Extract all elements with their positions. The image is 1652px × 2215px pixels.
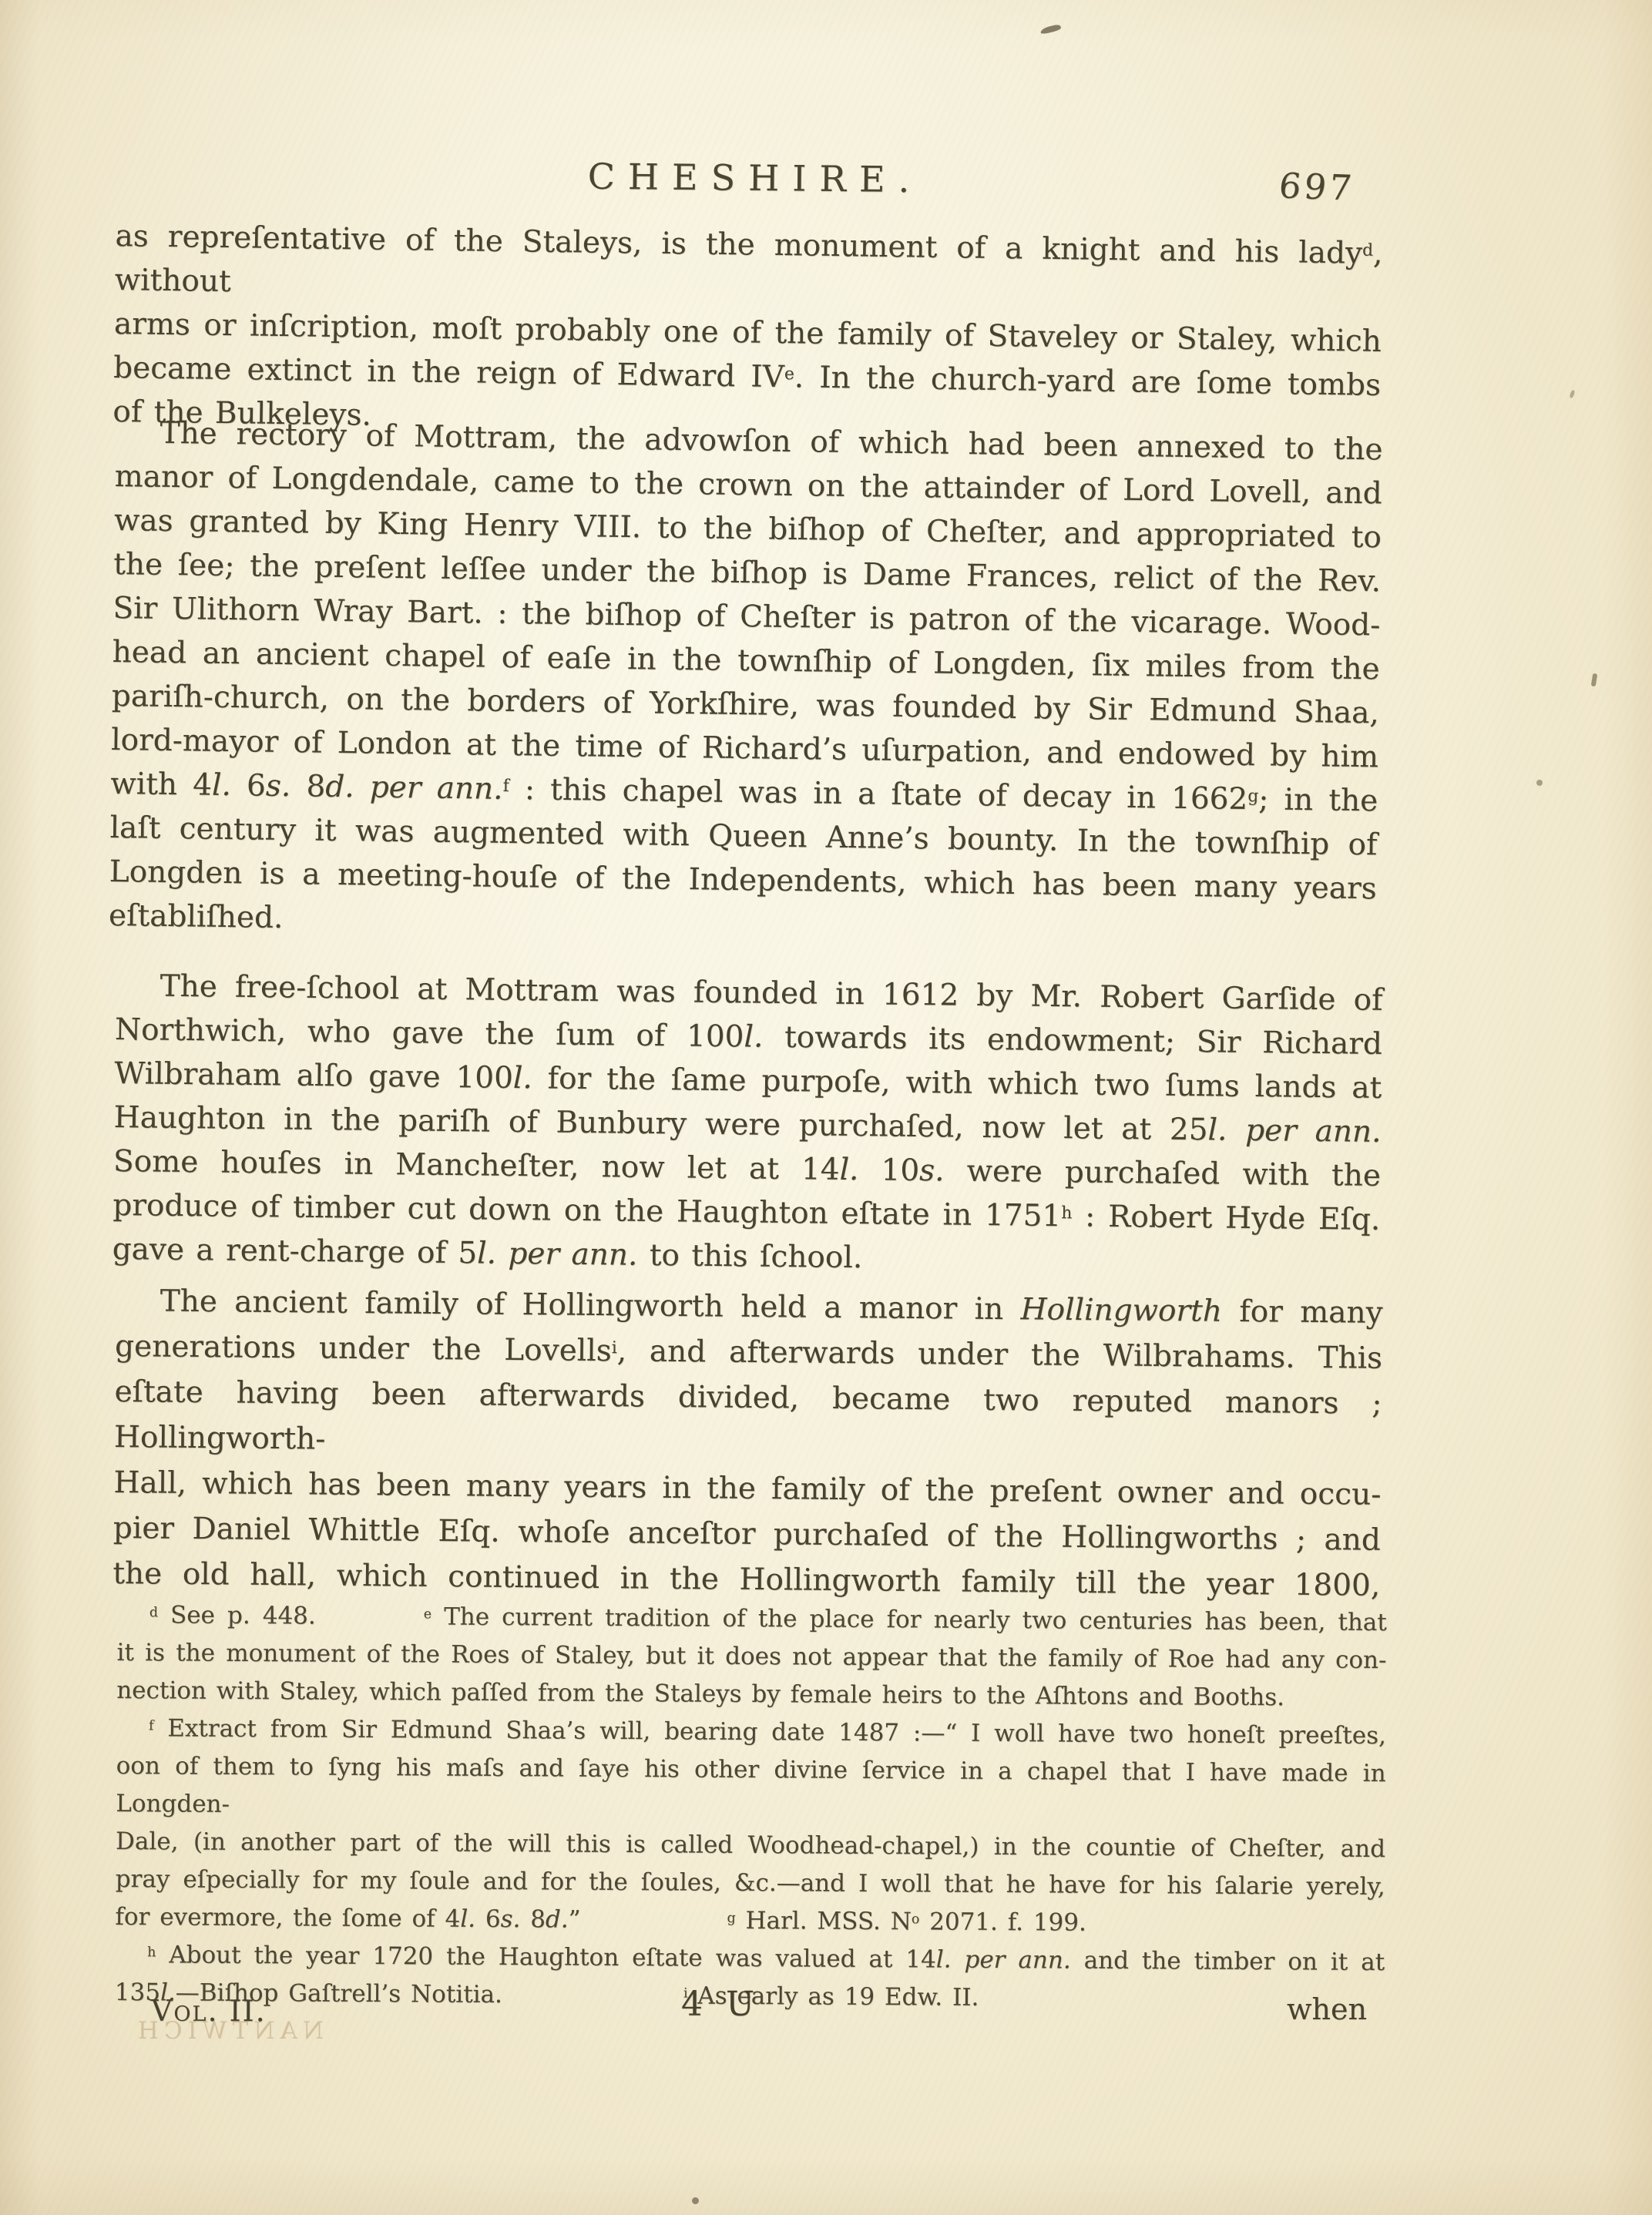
page-number: 697 <box>1277 165 1356 208</box>
running-head: CHESHIRE. <box>570 155 941 200</box>
show-through-text: NANTWICH <box>133 2017 324 2045</box>
signature-mark: 4 U <box>681 1985 761 2024</box>
paragraph-4: The ancient family of Hollingworth held … <box>112 1278 1383 1609</box>
paper-speck <box>1569 389 1575 398</box>
catchword: when <box>1287 1992 1367 2026</box>
footnotes: d See p. 448.e The current tradition of … <box>115 1596 1387 2019</box>
paper-speck <box>1039 24 1061 35</box>
text-line: oon of them to ſyng his maſs and ſaye hi… <box>116 1747 1386 1831</box>
book-page: CHESHIRE. 697 as repreſentative of the S… <box>0 0 1652 2215</box>
text-line: eſtate having been afterwards divided, b… <box>114 1369 1382 1472</box>
paper-speck <box>1536 780 1543 786</box>
paper-speck <box>692 2197 699 2204</box>
text-line: as repreſentative of the Staleys, is the… <box>114 214 1382 320</box>
paragraph-3: The free-ſchool at Mottram was founded i… <box>112 964 1382 1286</box>
paper-speck <box>1591 673 1598 687</box>
paragraph-2: The rectory of Mottram, the advowſon of … <box>109 411 1383 955</box>
